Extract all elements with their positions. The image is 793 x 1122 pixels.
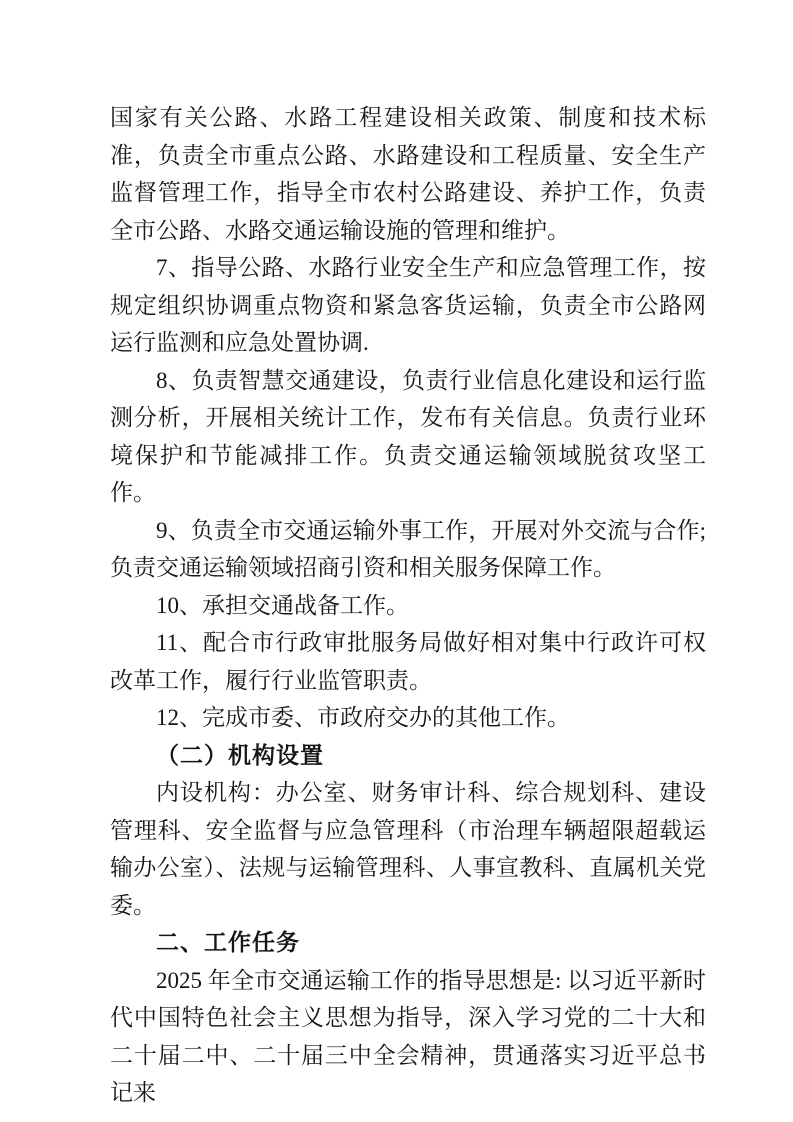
document-page: 国家有关公路、水路工程建设相关政策、制度和技术标准，负责全市重点公路、水路建设和… (0, 0, 793, 1122)
paragraph: 2025 年全市交通运输工作的指导思想是: 以习近平新时代中国特色社会主义思想为… (110, 962, 706, 1112)
paragraph: 7、指导公路、水路行业安全生产和应急管理工作，按规定组织协调重点物资和紧急客货运… (110, 249, 706, 362)
paragraph: 11、配合市行政审批服务局做好相对集中行政许可权改革工作，履行行业监管职责。 (110, 624, 706, 699)
paragraph: 12、完成市委、市政府交办的其他工作。 (110, 699, 706, 737)
section-heading: （二）机构设置 (110, 737, 706, 775)
section-heading: 二、工作任务 (110, 924, 706, 962)
paragraph: 9、负责全市交通运输外事工作，开展对外交流与合作;负责交通运输领域招商引资和相关… (110, 512, 706, 587)
document-text-block: 国家有关公路、水路工程建设相关政策、制度和技术标准，负责全市重点公路、水路建设和… (110, 99, 706, 1112)
paragraph: 国家有关公路、水路工程建设相关政策、制度和技术标准，负责全市重点公路、水路建设和… (110, 99, 706, 249)
paragraph: 8、负责智慧交通建设，负责行业信息化建设和运行监测分析，开展相关统计工作，发布有… (110, 362, 706, 512)
paragraph: 内设机构：办公室、财务审计科、综合规划科、建设管理科、安全监督与应急管理科（市治… (110, 774, 706, 924)
paragraph: 10、承担交通战备工作。 (110, 587, 706, 625)
